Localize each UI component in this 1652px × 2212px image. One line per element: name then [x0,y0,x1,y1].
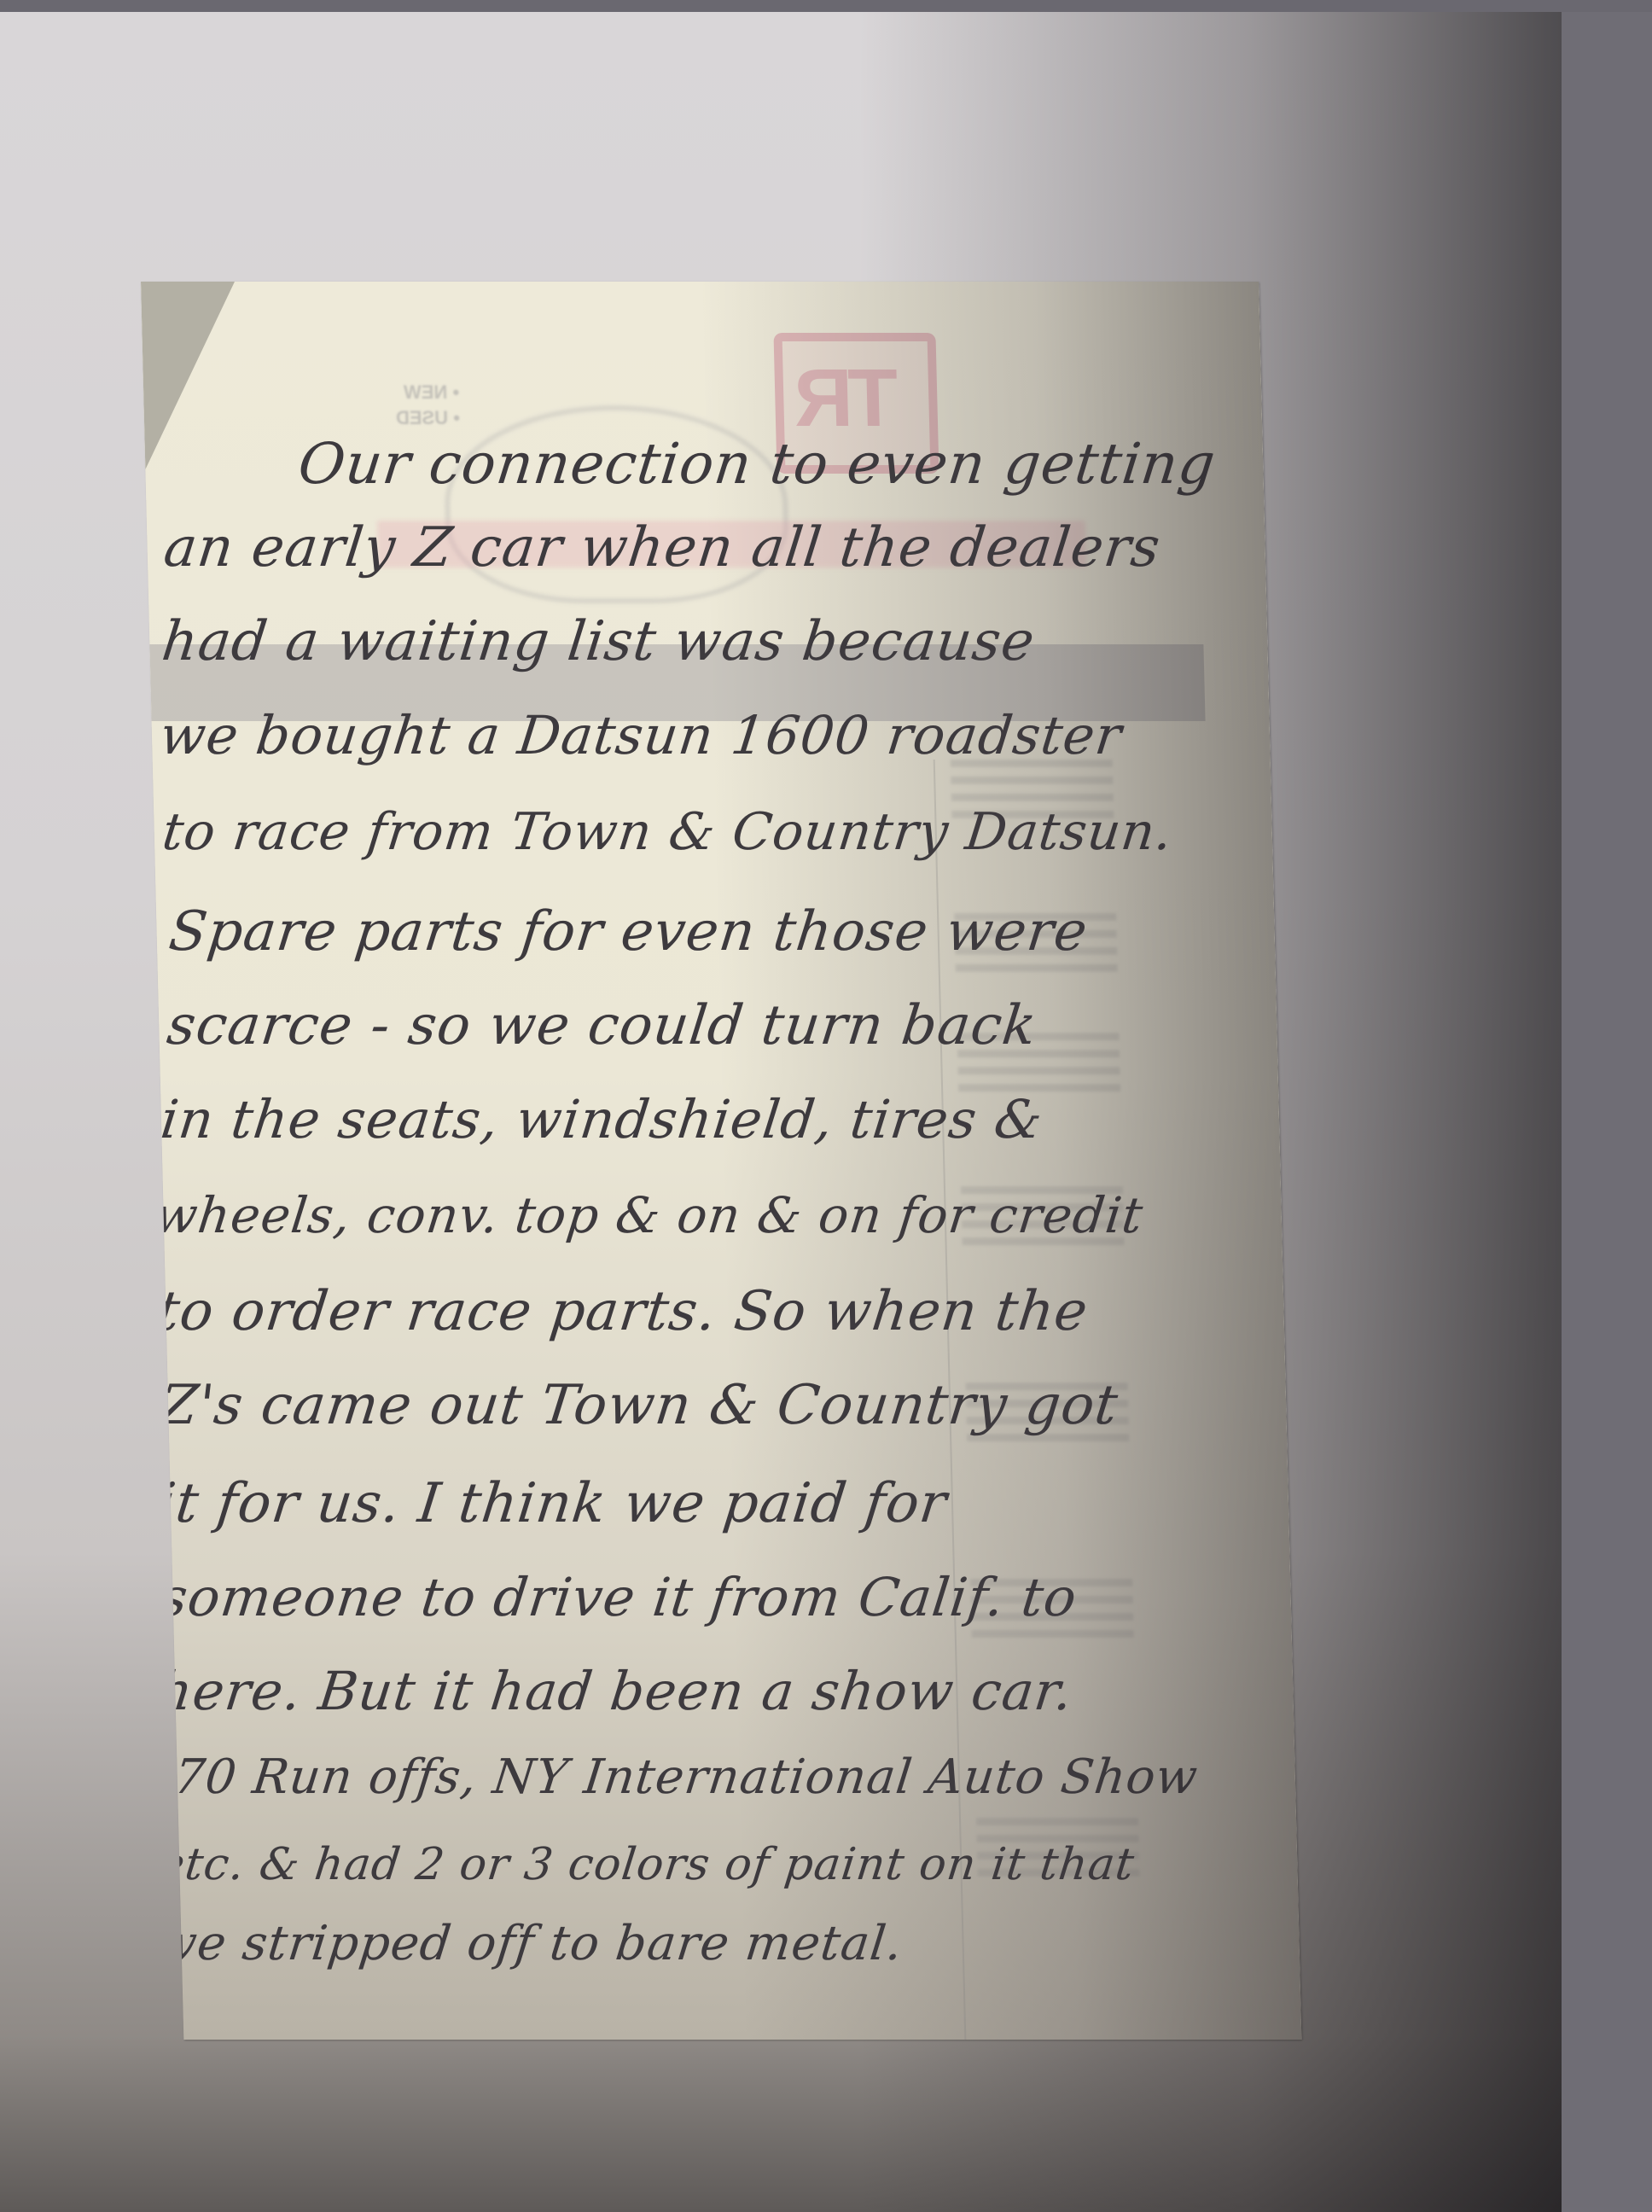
backdrop [0,0,1652,12]
note-line: an early Z car when all the dealers [160,516,1163,579]
note-line: '70 Run offs, NY International Auto Show [157,1749,1201,1805]
note-line: it for us. I think we paid for [154,1472,951,1535]
note-line: Z's came out Town & Country got [156,1374,1121,1437]
note-line: wheels, conv. top & on & on for credit [152,1186,1147,1244]
handwritten-note-paper: TR • NEW • USED Our connection to even g… [141,282,1301,2040]
note-line: Spare parts for even those were [166,900,1091,963]
note-line: we bought a Datsun 1600 roadster [157,704,1126,766]
note-line: had a waiting list was because [159,610,1038,673]
note-line: etc. & had 2 or 3 colors of paint on it … [155,1839,1137,1890]
note-line: scarce - so we could turn back [164,994,1040,1057]
note-line: someone to drive it from Calif. to [156,1566,1080,1628]
note-line: we stripped off to bare metal. [153,1916,906,1971]
note-line: to order race parts. So when the [154,1280,1091,1343]
note-line: in the seats, windshield, tires & [158,1088,1046,1150]
handwritten-text: Our connection to even getting an early … [141,282,1301,2040]
note-line: here. But it had been a show car. [154,1660,1076,1722]
note-line: Our connection to even getting [295,431,1219,497]
note-line: to race from Town & Country Datsun. [160,802,1176,862]
